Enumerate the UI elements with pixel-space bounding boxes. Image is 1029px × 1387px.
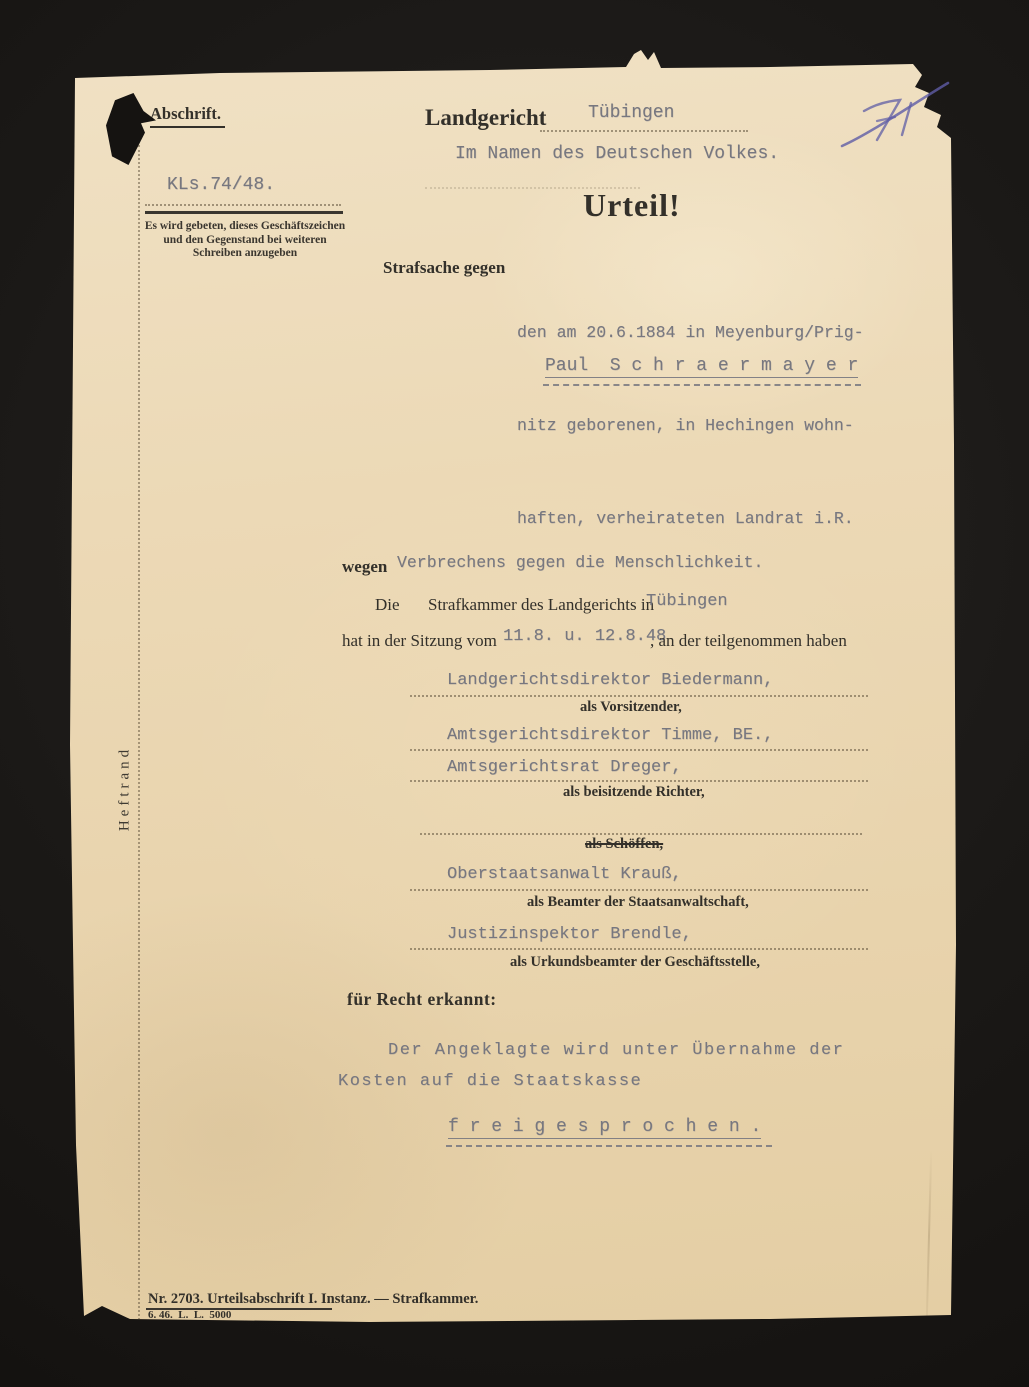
presiding-role: als Vorsitzender, (580, 699, 682, 716)
wegen-label: wegen (342, 557, 387, 577)
court-label: Landgericht (425, 105, 546, 131)
defendant-description: den am 20.6.1884 in Meyenburg/Prig- nitz… (517, 255, 864, 596)
file-note-line: und den Gegenstand bei weiteren (142, 234, 348, 248)
verdict-result-dashes (446, 1145, 772, 1147)
court-name-rule (540, 130, 748, 132)
handwritten-page-number-71 (836, 78, 954, 156)
clerk-role: als Urkundsbeamter der Geschäftsstelle, (510, 954, 760, 971)
chamber-label: Strafkammer des Landgerichts in (428, 595, 654, 615)
defendant-name: Paul S c h r a e r m a y e r (545, 356, 858, 378)
paper-sheet: Heftrand Abschrift. Landgericht Tübingen… (70, 45, 956, 1326)
ruling-line (410, 948, 868, 950)
ruling-line (410, 889, 868, 891)
photographed-document-on-dark-mat: Heftrand Abschrift. Landgericht Tübingen… (0, 0, 1029, 1387)
copy-label: Abschrift. (150, 104, 225, 128)
file-note-line: Es wird gebeten, dieses Geschäftszeichen (142, 220, 348, 234)
defendant-name-dashes (543, 384, 861, 386)
session-date-typed: 11.8. u. 12.8.48 (503, 627, 666, 646)
associates-role: als beisitzende Richter, (563, 784, 705, 801)
paper-crease (926, 1150, 933, 1322)
presiding-judge-name: Landgerichtsdirektor Biedermann, (447, 671, 773, 690)
ruling-line (410, 695, 868, 697)
print-code: 6. 46. L. L. 5000 (148, 1309, 231, 1321)
verdict-label: für Recht erkannt: (347, 989, 497, 1010)
margin-dotted-rule (138, 145, 140, 1320)
ruling-line (410, 780, 868, 782)
file-number-rule (145, 204, 341, 206)
session-label: hat in der Sitzung vom (342, 631, 497, 651)
offense-typed: Verbrechens gegen die Menschlichkeit. (397, 553, 763, 572)
file-note: Es wird gebeten, dieses Geschäftszeichen… (142, 220, 348, 261)
ruling-line (410, 749, 868, 751)
chamber-city-typed: Tübingen (646, 592, 728, 611)
form-number: Nr. 2703. Urteilsabschrift I. Instanz. —… (148, 1291, 478, 1308)
associate-judge1-name: Amtsgerichtsdirektor Timme, BE., (447, 726, 773, 745)
defendant-line: den am 20.6.1884 in Meyenburg/Prig- (517, 317, 864, 348)
session-suffix: , an der teilgenommen haben (650, 631, 847, 651)
verdict-result: f r e i g e s p r o c h e n . (448, 1117, 761, 1139)
strafsache-label: Strafsache gegen (383, 258, 505, 278)
file-number: KLs.74/48. (167, 175, 275, 195)
verdict-line2: Kosten auf die Staatskasse (338, 1072, 642, 1091)
court-name-typed: Tübingen (588, 103, 674, 123)
in-the-name-line: Im Namen des Deutschen Volkes. (455, 144, 779, 164)
die-label: Die (375, 595, 400, 615)
defendant-line: haften, verheirateten Landrat i.R. (517, 503, 864, 534)
file-note-line: Schreiben anzugeben (142, 247, 348, 261)
clerk-name: Justizinspektor Brendle, (447, 925, 692, 944)
ruling-line (420, 833, 862, 835)
verdict-line1: Der Angeklagte wird unter Übernahme der (388, 1041, 844, 1060)
heftrand-margin-label: Heftrand (117, 726, 134, 852)
prosecutor-name: Oberstaatsanwalt Krauß, (447, 865, 682, 884)
associate-judge2-name: Amtsgerichtsrat Dreger, (447, 758, 682, 777)
judgment-title: Urteil! (583, 187, 681, 224)
prosecutor-role: als Beamter der Staatsanwaltschaft, (527, 894, 749, 911)
schoeffen-label-crossed-out: als Schöffen, (585, 836, 663, 853)
file-number-bar (145, 211, 343, 214)
defendant-line: nitz geborenen, in Hechingen wohn- (517, 410, 864, 441)
